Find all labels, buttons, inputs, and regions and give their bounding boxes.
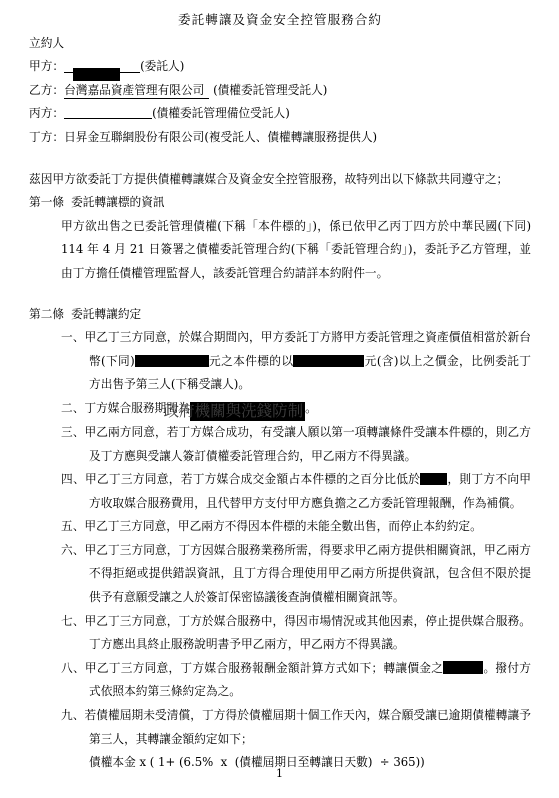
party-b-name: 台灣嘉品資產管理有限公司: [64, 83, 209, 99]
party-c-role: (債權委託管理備位受託人): [152, 106, 290, 120]
item-number: 五、: [61, 519, 84, 533]
item-text: 。: [305, 401, 317, 415]
party-line-b: 乙方：台灣嘉品資產管理有限公司 (債權委託管理受託人): [29, 79, 531, 103]
item-text: 甲乙丁三方同意，丁方因媒合服務業務所需，得要求甲乙兩方提供相關資訊，甲乙兩方不得…: [85, 543, 531, 604]
clause-item-6: 六、甲乙丁三方同意，丁方因媒合服務業務所需，得要求甲乙兩方提供相關資訊，甲乙兩方…: [61, 539, 531, 610]
article2-items: 一、甲乙丁三方同意，於媒合期間內，甲方委託丁方將甲方委託管理之資產價值相當於新台…: [61, 326, 531, 775]
contract-page: 委託轉讓及資金安全控管服務合約 立約人 甲方：(委託人) 乙方：台灣嘉品資產管理…: [0, 0, 559, 798]
clause-item-7: 七、甲乙丁三方同意，丁方於媒合服務中，得因市場情況或其他因素，停止提供媒合服務。…: [61, 610, 531, 657]
clause-item-5: 五、甲乙丁三方同意，甲乙兩方不得因本件標的未能全數出售，而停止本約約定。: [61, 515, 531, 539]
article1-heading: 第一條委託轉讓標的資訊: [29, 191, 531, 215]
party-b-role: (債權委託管理受託人): [213, 83, 327, 97]
article1-number: 第一條: [29, 195, 64, 209]
clause-item-4: 四、甲乙丁三方同意，若丁方媒合成交金額占本件標的之百分比低於，則丁方不向甲方收取…: [61, 468, 531, 515]
clause-item-1: 一、甲乙丁三方同意，於媒合期間內，甲方委託丁方將甲方委託管理之資產價值相當於新台…: [61, 326, 531, 397]
party-a-name-underline: [64, 57, 140, 73]
item-text: 甲乙丁三方同意，丁方媒合服務報酬金額計算方式如下；轉讓價金之: [85, 661, 443, 675]
party-c-name-underline: [64, 103, 152, 119]
party-d-label: 丁方：: [29, 130, 64, 144]
article1-body: 甲方欲出售之已委託管理債權(下稱「本件標的」)，係已依甲乙丙丁四方於中華民國(下…: [61, 215, 531, 286]
page-number: 1: [0, 762, 559, 786]
redaction-box: [293, 355, 364, 367]
clause-item-3: 三、甲乙兩方同意，若丁方媒合成功，有受讓人願以第一項轉讓條件受讓本件標的，則乙方…: [61, 421, 531, 468]
doc-title: 委託轉讓及資金安全控管服務合約: [29, 8, 531, 32]
item-number: 二、: [61, 401, 84, 415]
party-line-a: 甲方：(委託人): [29, 55, 531, 79]
clause-item-2: 二、丁方媒合服務期間為政府機關與洗錢防制。: [61, 397, 531, 421]
clause-item-8: 八、甲乙丁三方同意，丁方媒合服務報酬金額計算方式如下；轉讓價金之。撥付方式依照本…: [61, 657, 531, 704]
item-number: 六、: [61, 543, 85, 557]
item-number: 七、: [61, 614, 85, 628]
item-text: 甲乙丁三方同意，丁方於媒合服務中，得因市場情況或其他因素，停止提供媒合服務。丁方…: [85, 614, 531, 652]
redaction-box: [135, 355, 209, 367]
item-number: 四、: [61, 472, 85, 486]
preamble: 茲因甲方欲委託丁方提供債權轉讓媒合及資金安全控管服務，故特列出以下條款共同遵守之…: [29, 168, 531, 192]
signatories-label: 立約人: [29, 32, 531, 56]
item-number: 一、: [61, 330, 85, 344]
party-a-role: (委託人): [140, 59, 184, 73]
party-line-c: 丙方：(債權委託管理備位受託人): [29, 102, 531, 126]
party-line-d: 丁方：日昇金互聯網股份有限公司(複受託人、債權轉讓服務提供人): [29, 126, 531, 150]
article2-number: 第二條: [29, 307, 64, 321]
party-b-label: 乙方：: [29, 83, 64, 97]
item-text: 甲乙丁三方同意，甲乙兩方不得因本件標的未能全數出售，而停止本約約定。: [84, 519, 481, 533]
item-text: 若債權屆期未受清償，丁方得於債權屆期十個工作天內，媒合願受讓已逾期債權轉讓予第三…: [85, 708, 531, 746]
item-number: 三、: [61, 425, 85, 439]
item-text: 元之本件標的以: [209, 354, 294, 368]
article2-title: 委託轉讓約定: [71, 307, 141, 321]
spacer: [29, 150, 531, 168]
item-text: 甲乙兩方同意，若丁方媒合成功，有受讓人願以第一項轉讓條件受讓本件標的，則乙方及丁…: [85, 425, 531, 463]
party-a-label: 甲方：: [29, 59, 64, 73]
party-d-role: (複受託人、債權轉讓服務提供人): [204, 130, 377, 144]
item-text: 甲乙丁三方同意，若丁方媒合成交金額占本件標的之百分比低於: [85, 472, 420, 486]
item-number: 九、: [61, 708, 85, 722]
redaction-box-leaked-text: 政府機關與洗錢防制: [190, 402, 306, 421]
clause-item-9: 九、若債權屆期未受清償，丁方得於債權屆期十個工作天內，媒合願受讓已逾期債權轉讓予…: [61, 704, 531, 751]
redaction-box: [443, 661, 483, 674]
redaction-box: [420, 473, 447, 485]
article2-heading: 第二條委託轉讓約定: [29, 303, 531, 327]
article1-title: 委託轉讓標的資訊: [71, 195, 165, 209]
party-d-name: 日昇金互聯網股份有限公司: [64, 130, 204, 144]
item-number: 八、: [61, 661, 85, 675]
party-c-label: 丙方：: [29, 106, 64, 120]
